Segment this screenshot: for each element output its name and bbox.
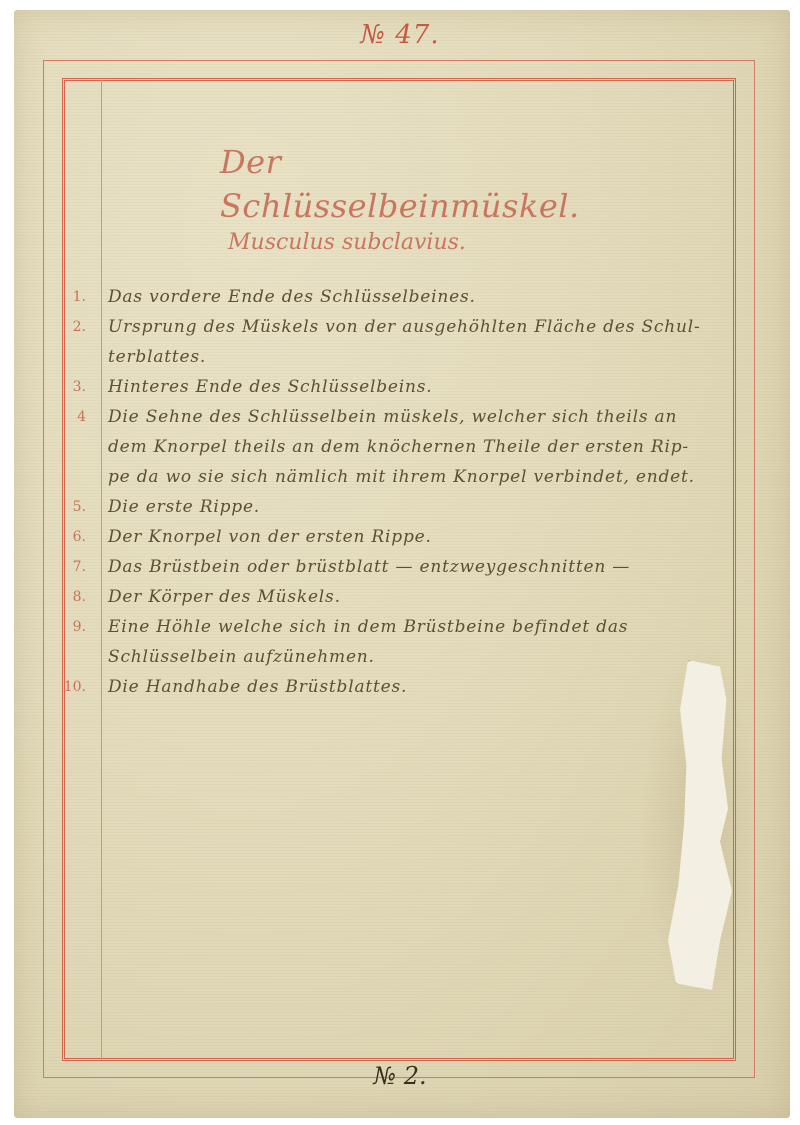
item-line: Eine Höhle welche sich in dem Brüstbeine… — [108, 612, 742, 642]
item-number: 8. — [62, 582, 94, 612]
item-line: terblattes. — [108, 342, 742, 372]
list-item: 1. Das vordere Ende des Schlüsselbeines. — [62, 282, 742, 312]
item-line: Der Knorpel von der ersten Rippe. — [108, 522, 742, 552]
item-line: pe da wo sie sich nämlich mit ihrem Knor… — [108, 462, 742, 492]
list-item: 3. Hinteres Ende des Schlüsselbeins. — [62, 372, 742, 402]
list-item: 6. Der Knorpel von der ersten Rippe. — [62, 522, 742, 552]
item-line: Das Brüstbein oder brüstblatt — entzweyg… — [108, 552, 742, 582]
item-text: Die erste Rippe. — [94, 492, 742, 522]
item-line: Der Körper des Müskels. — [108, 582, 742, 612]
item-line: Die Sehne des Schlüsselbein müskels, wel… — [108, 402, 742, 432]
item-line: Das vordere Ende des Schlüsselbeines. — [108, 282, 742, 312]
list-item: 5. Die erste Rippe. — [62, 492, 742, 522]
item-number: 10. — [62, 672, 94, 702]
item-text: Der Körper des Müskels. — [94, 582, 742, 612]
list-item: 7. Das Brüstbein oder brüstblatt — entzw… — [62, 552, 742, 582]
item-number: 3. — [62, 372, 94, 402]
item-line: Die erste Rippe. — [108, 492, 742, 522]
item-line: dem Knorpel theils an dem knöchernen The… — [108, 432, 742, 462]
item-text: Hinteres Ende des Schlüsselbeins. — [94, 372, 742, 402]
item-line: Ursprung des Müskels von der ausgehöhlte… — [108, 312, 742, 342]
list-item: 8. Der Körper des Müskels. — [62, 582, 742, 612]
list-item: 4 Die Sehne des Schlüsselbein müskels, w… — [62, 402, 742, 492]
page-title: Der Schlüsselbeinmüskel. — [220, 140, 600, 228]
item-text: Das vordere Ende des Schlüsselbeines. — [94, 282, 742, 312]
item-text: Ursprung des Müskels von der ausgehöhlte… — [94, 312, 742, 372]
numbered-legend-list: 1. Das vordere Ende des Schlüsselbeines.… — [62, 282, 742, 702]
item-number: 9. — [62, 612, 94, 642]
item-text: Der Knorpel von der ersten Rippe. — [94, 522, 742, 552]
title-block: Der Schlüsselbeinmüskel. Musculus subcla… — [220, 140, 600, 258]
item-text: Die Sehne des Schlüsselbein müskels, wel… — [94, 402, 742, 492]
item-number: 4 — [62, 402, 94, 432]
latin-title: Musculus subclavius. — [228, 228, 600, 258]
list-item: 2. Ursprung des Müskels von der ausgehöh… — [62, 312, 742, 372]
item-number: 1. — [62, 282, 94, 312]
item-number: 7. — [62, 552, 94, 582]
folio-number: № 47. — [340, 20, 460, 50]
item-number: 6. — [62, 522, 94, 552]
item-text: Das Brüstbein oder brüstblatt — entzweyg… — [94, 552, 742, 582]
item-number: 5. — [62, 492, 94, 522]
item-number: 2. — [62, 312, 94, 342]
page-number: № 2. — [350, 1062, 450, 1090]
item-line: Hinteres Ende des Schlüsselbeins. — [108, 372, 742, 402]
